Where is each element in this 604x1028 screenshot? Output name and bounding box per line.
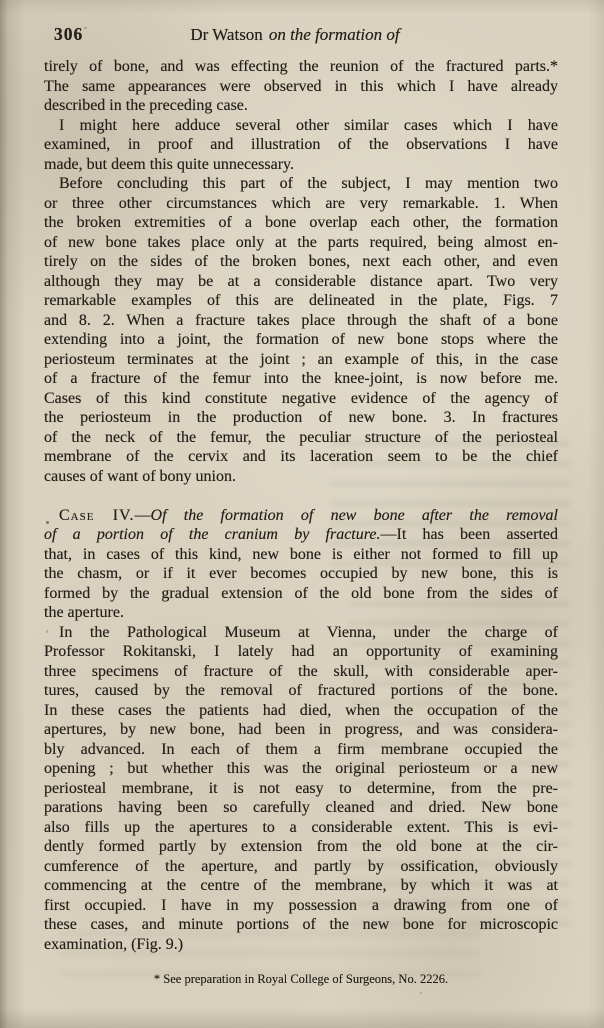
text-line: bly advanced. In each of them a firm mem… [44, 740, 558, 760]
paragraph-vienna: In the Pathological Museum at Vienna, un… [44, 623, 558, 955]
paragraph-case-iv: Case IV.—Of the formation of new bone af… [44, 506, 558, 623]
case-heading-line: Case IV.—Of the formation of new bone af… [44, 506, 558, 526]
text-line: of new bone takes place only at the part… [44, 233, 558, 253]
running-header-author: Dr Watson [190, 25, 262, 44]
text-line: cumference of the aperture, and partly b… [44, 857, 558, 877]
text-line: tirely of bone, and was effecting the re… [44, 57, 558, 77]
text-line: and 8. 2. When a fracture takes place th… [44, 311, 558, 331]
text-line: I might here adduce several other simila… [44, 116, 558, 136]
case-title-italic: of a portion of the cranium by fracture. [44, 526, 381, 543]
text-line: periosteal membrane, it is not easy to d… [44, 779, 558, 799]
running-header-title: on the formation of [269, 25, 400, 44]
text-line: tirely on the sides of the broken bones,… [44, 252, 558, 272]
text-line: periosteum terminates at the joint ; an … [44, 350, 558, 370]
text-line: first occupied. I have in my possession … [44, 896, 558, 916]
text-line: parations having been so carefully clean… [44, 798, 558, 818]
case-heading-line: of a portion of the cranium by fracture.… [44, 525, 558, 545]
text-column: tirely of bone, and was effecting the re… [44, 57, 558, 990]
book-page-scan: 306 Dr Watsonon the formation of tirely … [0, 0, 604, 1028]
text-line: tures, caused by the removal of fracture… [44, 681, 558, 701]
text-line: In these cases the patients had died, wh… [44, 701, 558, 721]
paragraph-circumstances: Before concluding this part of the subje… [44, 174, 558, 486]
text-line: In the Pathological Museum at Vienna, un… [44, 623, 558, 643]
text-line: the periosteum in the production of new … [44, 408, 558, 428]
case-label: Case IV. [59, 507, 135, 524]
text-line: remarkable examples of this are delineat… [44, 291, 558, 311]
text-line: of a fracture of the femur into the knee… [44, 369, 558, 389]
text-line: made, but deem this quite unnecessary. [44, 155, 558, 175]
text-line: apertures, by new bone, had been in prog… [44, 720, 558, 740]
text-line: although they may be at a considerable d… [44, 272, 558, 292]
text-line: Professor Rokitanski, I lately had an op… [44, 642, 558, 662]
text-line: The same appearances were observed in th… [44, 77, 558, 97]
text-line: Before concluding this part of the subje… [44, 174, 558, 194]
text-line: commencing at the centre of the membrane… [44, 876, 558, 896]
text-line: also fills up the apertures to a conside… [44, 818, 558, 838]
text-line: the chasm, or if it ever becomes occupie… [44, 564, 558, 584]
case-title-italic: Of the formation of new bone after the r… [151, 507, 558, 524]
text-line: opening ; but whether this was the origi… [44, 759, 558, 779]
running-header: Dr Watsonon the formation of [0, 25, 590, 45]
text-line: extending into a joint, the formation of… [44, 330, 558, 350]
em-dash: — [381, 526, 397, 543]
text-line: Cases of this kind constitute negative e… [44, 389, 558, 409]
text-line: dently formed partly by extension from t… [44, 837, 558, 857]
text-line: examined, in proof and illustration of t… [44, 135, 558, 155]
text-line: these cases, and minute portions of the … [44, 915, 558, 935]
text-line: described in the preceding case. [44, 96, 558, 116]
text-line: examination, (Fig. 9.) [44, 935, 558, 955]
text-line: the aperture. [44, 603, 558, 623]
text-line: causes of want of bony union. [44, 467, 558, 487]
text-line: formed by the gradual extension of the o… [44, 584, 558, 604]
text-line: three specimens of fracture of the skull… [44, 662, 558, 682]
text-segment: It has been asserted [397, 526, 559, 543]
footnote: * See preparation in Royal College of Su… [44, 970, 558, 990]
text-line: of the neck of the femur, the peculiar s… [44, 428, 558, 448]
text-line: that, in cases of this kind, new bone is… [44, 545, 558, 565]
text-line: or three other circumstances which are v… [44, 194, 558, 214]
paragraph-adduce: I might here adduce several other simila… [44, 116, 558, 175]
text-line: the broken extremities of a bone overlap… [44, 213, 558, 233]
text-line: membrane of the cervix and its laceratio… [44, 447, 558, 467]
em-dash: — [135, 507, 151, 524]
paragraph-continuation: tirely of bone, and was effecting the re… [44, 57, 558, 116]
scan-speckle [420, 992, 422, 994]
